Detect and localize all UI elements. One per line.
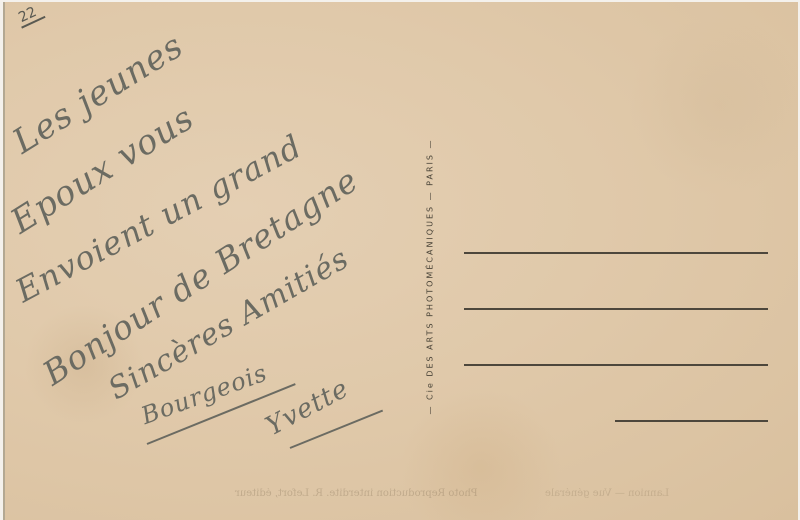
bleed-through-caption-right: Lannion — Vue générale <box>545 488 669 499</box>
bleed-through-caption: Photo Reproduction interdite. R. Lefort,… <box>235 488 478 499</box>
address-line-4 <box>615 420 768 422</box>
address-line-3 <box>464 364 768 366</box>
corner-number: 22 <box>14 2 45 29</box>
publisher-imprint: — Cie DES ARTS PHOTOMÉCANIQUES — PARIS — <box>426 97 435 457</box>
address-line-2 <box>464 308 768 310</box>
signature-2: Yvette <box>261 373 354 442</box>
postcard-back: 22 Les jeunes Epoux vous Envoient un gra… <box>3 2 798 520</box>
address-line-1 <box>464 252 768 254</box>
